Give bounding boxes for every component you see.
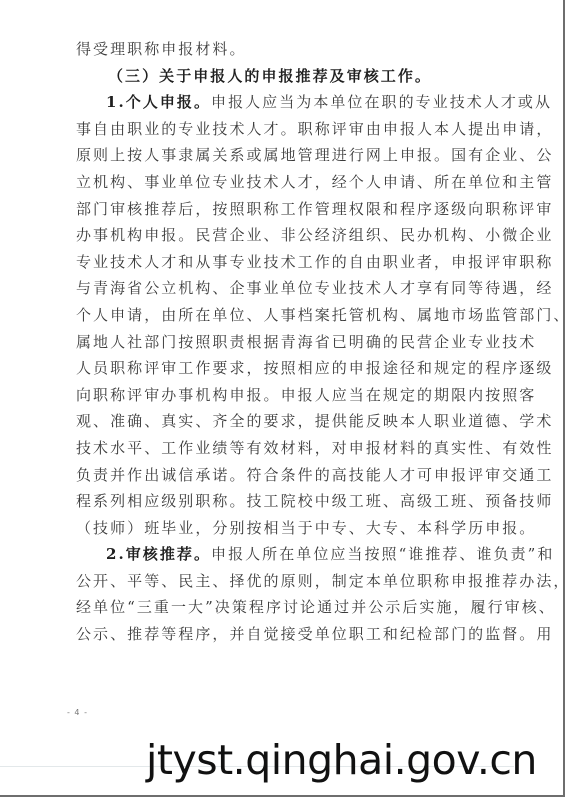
body-line-subheading-personal-application: 1.个人申报。申报人应当为本单位在职的专业技术人才或从 [76, 89, 496, 116]
body-line: 公开、平等、民主、择优的原则，制定本单位职称申报推荐办法， [76, 568, 496, 595]
body-line: （技师）班毕业，分别按相当于中专、大专、本科学历申报。 [76, 515, 496, 542]
document-page-frame: 得受理职称申报材料。 （三）关于申报人的申报推荐及审核工作。 1.个人申报。申报… [0, 0, 565, 797]
body-line: 原则上按人事隶属关系或属地管理进行网上申报。国有企业、公 [76, 142, 496, 169]
body-line: 经单位“三重一大”决策程序讨论通过并公示后实施，履行审核、 [76, 594, 496, 621]
subheading-personal-application: 1.个人申报。 [106, 93, 211, 111]
body-line: 与青海省公立机构、企事业单位专业技术人才享有同等待遇，经 [76, 275, 496, 302]
body-text: 申报人应当为本单位在职的专业技术人才或从 [211, 93, 552, 111]
body-line: 观、准确、真实、齐全的要求，提供能反映本人职业道德、学术 [76, 408, 496, 435]
section-heading: （三）关于申报人的申报推荐及审核工作。 [76, 63, 496, 90]
subheading-review-recommendation: 2.审核推荐。 [106, 545, 211, 563]
body-line: 程系列相应级别职称。技工院校中级工班、高级工班、预备技师 [76, 488, 496, 515]
body-line: 人员职称评审工作要求，按照相应的申报途径和规定的程序逐级 [76, 355, 496, 382]
body-line: 得受理职称申报材料。 [76, 36, 496, 63]
body-line: 事自由职业的专业技术人才。职称评审由申报人本人提出申请， [76, 116, 496, 143]
body-line: 办事机构申报。民营企业、非公经济组织、民办机构、小微企业 [76, 222, 496, 249]
body-line: 向职称评审办事机构申报。申报人应当在规定的期限内按照客 [76, 382, 496, 409]
body-line: 个人申请，由所在单位、人事档案托管机构、属地市场监管部门、 [76, 302, 496, 329]
body-line: 部门审核推荐后，按照职称工作管理权限和程序逐级向职称评审 [76, 196, 496, 223]
watermark-url: jtyst.qinghai.gov.cn [146, 735, 537, 785]
body-line: 立机构、事业单位专业技术人才，经个人申请、所在单位和主管 [76, 169, 496, 196]
body-line: 公示、推荐等程序，并自觉接受单位职工和纪检部门的监督。用 [76, 621, 496, 648]
body-line: 技术水平、工作业绩等有效材料，对申报材料的真实性、有效性 [76, 435, 496, 462]
body-line-subheading-review-recommendation: 2.审核推荐。申报人所在单位应当按照“谁推荐、谁负责”和 [76, 541, 496, 568]
body-text: 申报人所在单位应当按照“谁推荐、谁负责”和 [211, 545, 554, 563]
document-body: 得受理职称申报材料。 （三）关于申报人的申报推荐及审核工作。 1.个人申报。申报… [76, 36, 496, 648]
page-number: - 4 - [67, 708, 88, 717]
body-line: 负责并作出诚信承诺。符合条件的高技能人才可申报评审交通工 [76, 462, 496, 489]
body-line: 专业技术人才和从事专业技术工作的自由职业者，申报评审职称 [76, 249, 496, 276]
body-line: 属地人社部门按照职责根据青海省已明确的民营企业专业技术 [76, 329, 496, 356]
